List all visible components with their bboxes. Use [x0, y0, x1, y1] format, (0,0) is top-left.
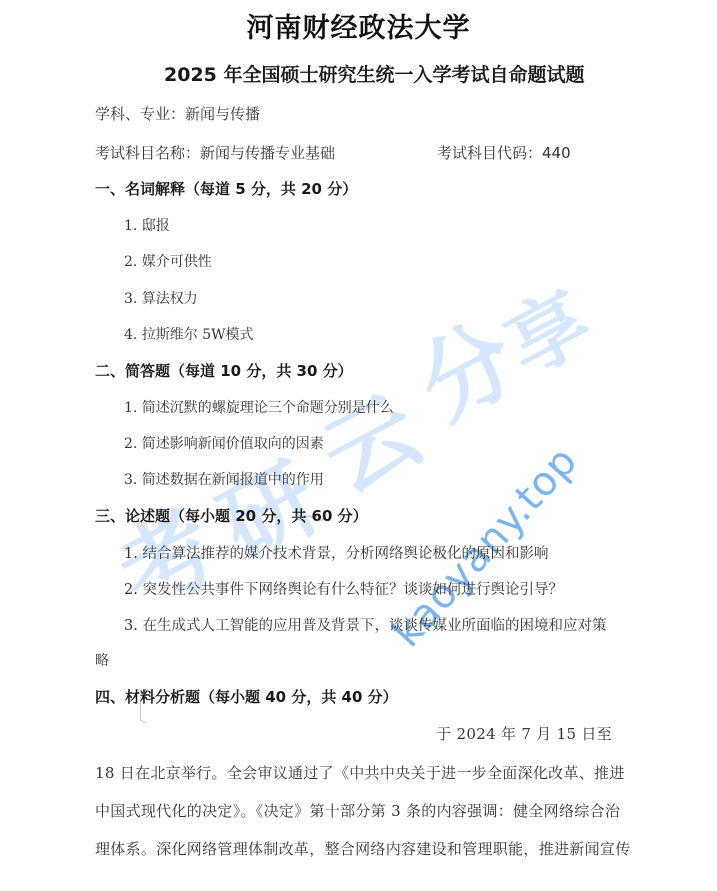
- section-2-item-1: 1. 简述沉默的螺旋理论三个命题分别是什么: [124, 397, 394, 417]
- section-3-item-3-continuation: 略: [95, 650, 109, 670]
- material-line-4: 理体系。深化网络管理体制改革，整合网络内容建设和管理职能，推进新闻宣传: [95, 838, 631, 859]
- exam-title: 2025 年全国硕士研究生统一入学考试自命题试题: [164, 60, 585, 87]
- material-line-2: 18 日在北京举行。全会审议通过了《中共中央关于进一步全面深化改革、推进: [95, 762, 625, 783]
- section-1-item-3: 3. 算法权力: [124, 288, 198, 308]
- section-1-item-4: 4. 拉斯维尔 5W模式: [124, 324, 254, 344]
- material-line-3: 中国式现代化的决定》。《决定》第十部分第 3 条的内容强调：健全网络综合治: [95, 800, 620, 821]
- section-1-heading: 一、名词解释（每道 5 分，共 20 分）: [95, 178, 357, 199]
- watermark-char-4: 分: [392, 286, 535, 446]
- section-2-item-2: 2. 简述影响新闻价值取向的因素: [124, 433, 324, 453]
- watermark-char-5: 享: [483, 258, 608, 397]
- section-3-heading: 三、论述题（每小题 20 分，共 60 分）: [95, 505, 368, 526]
- section-1-item-1: 1. 邸报: [124, 215, 170, 235]
- section-1-item-2: 2. 媒介可供性: [124, 251, 212, 271]
- discipline-label: 学科、专业：新闻与传播: [95, 103, 260, 124]
- section-3-item-2: 2. 突发性公共事件下网络舆论有什么特征？谈谈如何进行舆论引导？: [124, 578, 563, 599]
- section-2-item-3: 3. 简述数据在新闻报道中的作用: [124, 469, 324, 489]
- section-4-heading: 四、材料分析题（每小题 40 分，共 40 分）: [95, 686, 398, 707]
- subject-name-label: 考试科目名称：新闻与传播专业基础: [95, 142, 335, 163]
- subject-code-label: 考试科目代码：440: [437, 142, 571, 163]
- university-title: 河南财经政法大学: [0, 6, 717, 45]
- section-3-item-3: 3. 在生成式人工智能的应用普及背景下，谈谈传媒业所面临的困境和应对策: [124, 614, 606, 635]
- section-2-heading: 二、简答题（每道 10 分，共 30 分）: [95, 360, 353, 381]
- material-line-1: 于 2024 年 7 月 15 日至: [436, 723, 612, 744]
- exam-page: 考 研 云 分 享 kaoyany.top 〜 〔 河南财经政法大学 2025 …: [0, 0, 717, 891]
- section-3-item-1: 1. 结合算法推荐的媒介技术背景，分析网络舆论极化的原因和影响: [124, 542, 548, 563]
